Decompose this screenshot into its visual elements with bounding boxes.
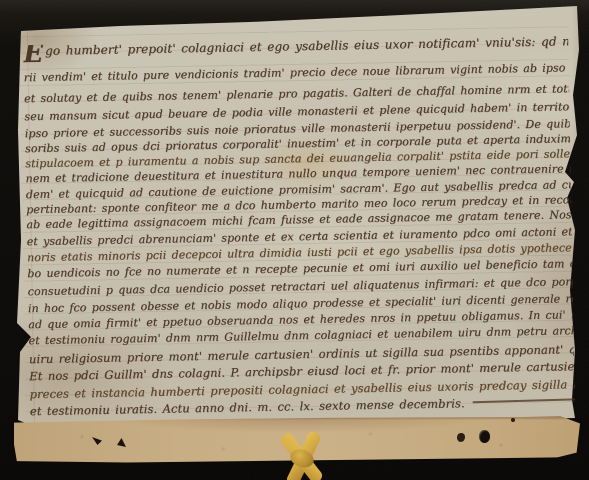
manuscript-scan-viewport: Ego humbert' prepoit' colagniaci et ego … xyxy=(0,0,589,480)
line-filler-flourish xyxy=(473,395,575,405)
manuscript-text-block: Ego humbert' prepoit' colagniaci et ego … xyxy=(22,0,580,480)
manuscript-line-text: go humbert' prepoit' colagniaci et ego y… xyxy=(45,35,568,58)
manuscript-line: Ego humbert' prepoit' colagniaci et ego … xyxy=(23,35,568,62)
decorated-initial: E xyxy=(23,39,43,62)
seal-hole xyxy=(479,430,490,443)
seal-cord xyxy=(276,433,330,480)
ink-speck xyxy=(511,418,515,422)
